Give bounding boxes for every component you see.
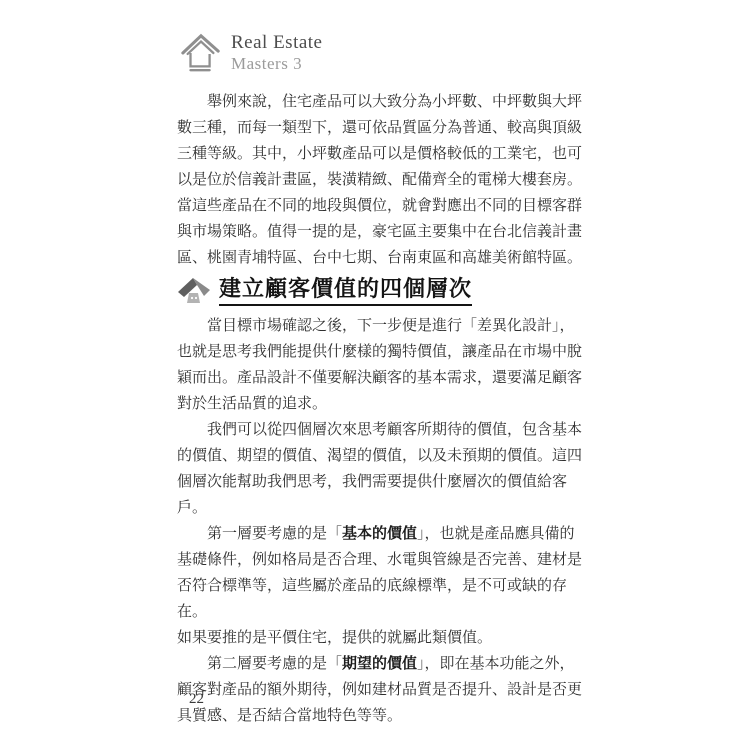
section-heading: 建立顧客價值的四個層次 xyxy=(177,276,587,306)
expected-value-pre: 第二層要考慮的是「 xyxy=(207,656,342,672)
paragraph-four-levels: 我們可以從四個層次來思考顧客所期待的價值，包含基本 的價值、期望的價值、渴望的價… xyxy=(177,417,587,521)
logo-subtitle: Masters 3 xyxy=(231,55,323,73)
section-title: 建立顧客價值的四個層次 xyxy=(219,276,472,306)
basic-value-pre: 第一層要考慮的是「 xyxy=(207,526,342,542)
paragraph-product-types: 舉例來說，住宅產品可以大致分為小坪數、中坪數與大坪 數三種，而每一類型下，還可依… xyxy=(177,89,587,271)
basic-value-post: 」，也就是產品應具備的 基礎條件，例如格局是否合理、水電與管線是否完善、建材是 … xyxy=(177,526,582,646)
paragraph-differentiation: 當目標市場確認之後，下一步便是進行「差異化設計」， 也就是思考我們能提供什麼樣的… xyxy=(177,313,587,417)
logo-title: Real Estate xyxy=(231,33,323,53)
page-content: 舉例來說，住宅產品可以大致分為小坪數、中坪數與大坪 數三種，而每一類型下，還可依… xyxy=(177,89,587,729)
house-roof-icon xyxy=(177,276,211,306)
paragraph-expected-value: 第二層要考慮的是「期望的價值」，即在基本功能之外， 顧客對產品的額外期待，例如建… xyxy=(177,651,587,729)
key-term-expected-value: 期望的價值 xyxy=(342,656,417,672)
house-outline-icon xyxy=(180,30,222,76)
page-number: 22 xyxy=(189,691,204,708)
paragraph-basic-value: 第一層要考慮的是「基本的價值」，也就是產品應具備的 基礎條件，例如格局是否合理、… xyxy=(177,521,587,651)
publisher-logo: Real Estate Masters 3 xyxy=(180,30,323,76)
logo-text: Real Estate Masters 3 xyxy=(231,33,323,73)
key-term-basic-value: 基本的價值 xyxy=(342,526,417,542)
book-page: Real Estate Masters 3 舉例來說，住宅產品可以大致分為小坪數… xyxy=(0,0,750,750)
